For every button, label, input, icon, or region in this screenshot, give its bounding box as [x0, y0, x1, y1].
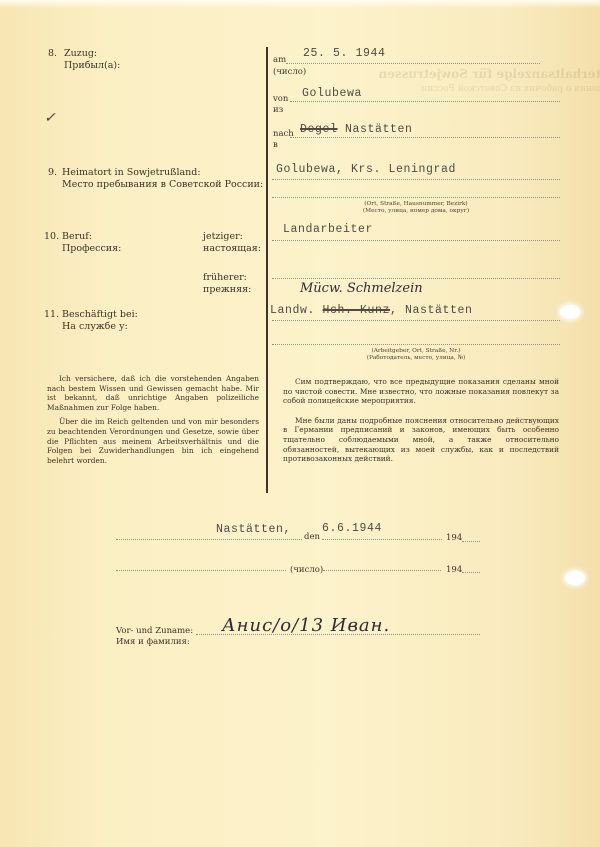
arrival-from-line: [290, 101, 560, 102]
home-place-hint-ru: (Место, улица, номер дома, округ): [272, 208, 560, 215]
employer-hint-de: (Arbeitgeber, Ort, Straße, Nr.): [272, 348, 560, 355]
arrival-to-struck: Degel: [300, 123, 338, 136]
field-11-number: 11.: [44, 309, 59, 321]
date-prefix-ru: (число): [290, 565, 323, 575]
employer-suffix: , Nastätten: [390, 304, 473, 317]
name-label-de: Vor- und Zuname:: [116, 626, 193, 636]
date-line-ru: [323, 570, 441, 571]
employer-line-2: [272, 344, 560, 345]
arrival-date-prefix-de: am: [273, 55, 286, 65]
handwritten-signature-name: Анис/о/13 Иван.: [222, 615, 390, 636]
arrival-to-current: Nastätten: [345, 123, 413, 136]
year-line-de: [462, 541, 480, 542]
declaration-german: Ich versichere, daß ich die vorstehenden…: [47, 374, 259, 470]
declaration-ru-paragraph-1: Сим подтверждаю, что все предыдущие пока…: [283, 377, 559, 406]
place-line-ru: [116, 570, 286, 571]
occupation-former-line: [272, 278, 560, 279]
document-page: Unterhaltsanzeige für Sowjetrussen Сведе…: [0, 0, 600, 847]
employer-value: Landw. Hch. Kunz, Nastätten: [270, 304, 473, 317]
arrival-date-prefix-ru: (число): [273, 67, 306, 77]
field-9-label-ru: Место пребывания в Советской России:: [62, 179, 263, 191]
occupation-current-label-de: jetziger:: [203, 231, 243, 243]
ghost-line-1: Unterhaltsanzeige für Sowjetrussen: [320, 67, 600, 81]
column-divider: [266, 47, 268, 493]
arrival-from-prefix-de: von: [273, 94, 288, 104]
occupation-former-label-ru: прежняя:: [203, 284, 251, 296]
name-label-ru: Имя и фамилия:: [116, 637, 190, 647]
field-11-label-ru: На службе у:: [62, 321, 128, 333]
signature-place: Nastätten,: [216, 523, 291, 536]
field-10-number: 10.: [44, 231, 59, 243]
occupation-current-line: [272, 240, 560, 241]
year-prefix-de: 194: [446, 533, 462, 543]
field-11-label-de: Beschäftigt bei:: [62, 309, 138, 321]
occupation-former-label-de: früherer:: [203, 272, 247, 284]
home-place-line-2: [272, 197, 560, 198]
field-8-label-de: Zuzug:: [64, 48, 97, 60]
employer-hint-ru: (Работодатель, место, улица, №): [272, 355, 560, 362]
declaration-de-paragraph-2: Über die im Reich geltenden und von mir …: [47, 417, 259, 465]
occupation-current-label-ru: настоящая:: [203, 243, 261, 255]
employer-prefix: Landw.: [270, 304, 315, 317]
employer-line-1: [272, 320, 560, 321]
home-place-line-1: [272, 179, 560, 180]
occupation-current-value: Landarbeiter: [283, 223, 373, 236]
declaration-ru-paragraph-2: Мне были даны подробные пояснения относи…: [283, 416, 559, 464]
field-10-label-ru: Профессия:: [62, 243, 121, 255]
signature-date: 6.6.1944: [322, 522, 382, 535]
date-line: [322, 539, 442, 540]
arrival-from-prefix-ru: из: [273, 105, 283, 115]
place-line: [116, 539, 302, 540]
arrival-date-value: 25. 5. 1944: [303, 47, 386, 60]
arrival-to-prefix-ru: в: [273, 140, 278, 150]
field-9-number: 9.: [48, 167, 57, 179]
declaration-de-paragraph-1: Ich versichere, daß ich die vorstehenden…: [47, 374, 259, 412]
field-9-label-de: Heimatort in Sowjetrußland:: [62, 167, 201, 179]
arrival-to-value: Degel Nastätten: [300, 123, 413, 136]
punch-hole-top: [560, 305, 580, 319]
field-10-label-de: Beruf:: [62, 231, 92, 243]
check-mark-icon: ✓: [44, 110, 56, 126]
punch-hole-bottom: [565, 571, 585, 585]
home-place-hint-de: (Ort, Straße, Hausnummer, Bezirk): [272, 201, 560, 208]
year-line-ru: [462, 572, 480, 573]
arrival-from-value: Golubewa: [302, 87, 362, 100]
occupation-former-handwritten: Mücw. Schmelzein: [300, 281, 423, 296]
date-prefix-de: den: [304, 532, 320, 542]
arrival-date-line: [286, 63, 540, 64]
home-place-value: Golubewa, Krs. Leningrad: [276, 163, 456, 176]
employer-struck: Hch. Kunz: [323, 304, 391, 317]
declaration-russian: Сим подтверждаю, что все предыдущие пока…: [283, 377, 559, 469]
year-prefix-ru: 194: [446, 565, 462, 575]
arrival-to-line: [290, 137, 560, 138]
field-8-number: 8.: [48, 48, 57, 60]
field-8-label-ru: Прибыл(а):: [64, 60, 120, 72]
